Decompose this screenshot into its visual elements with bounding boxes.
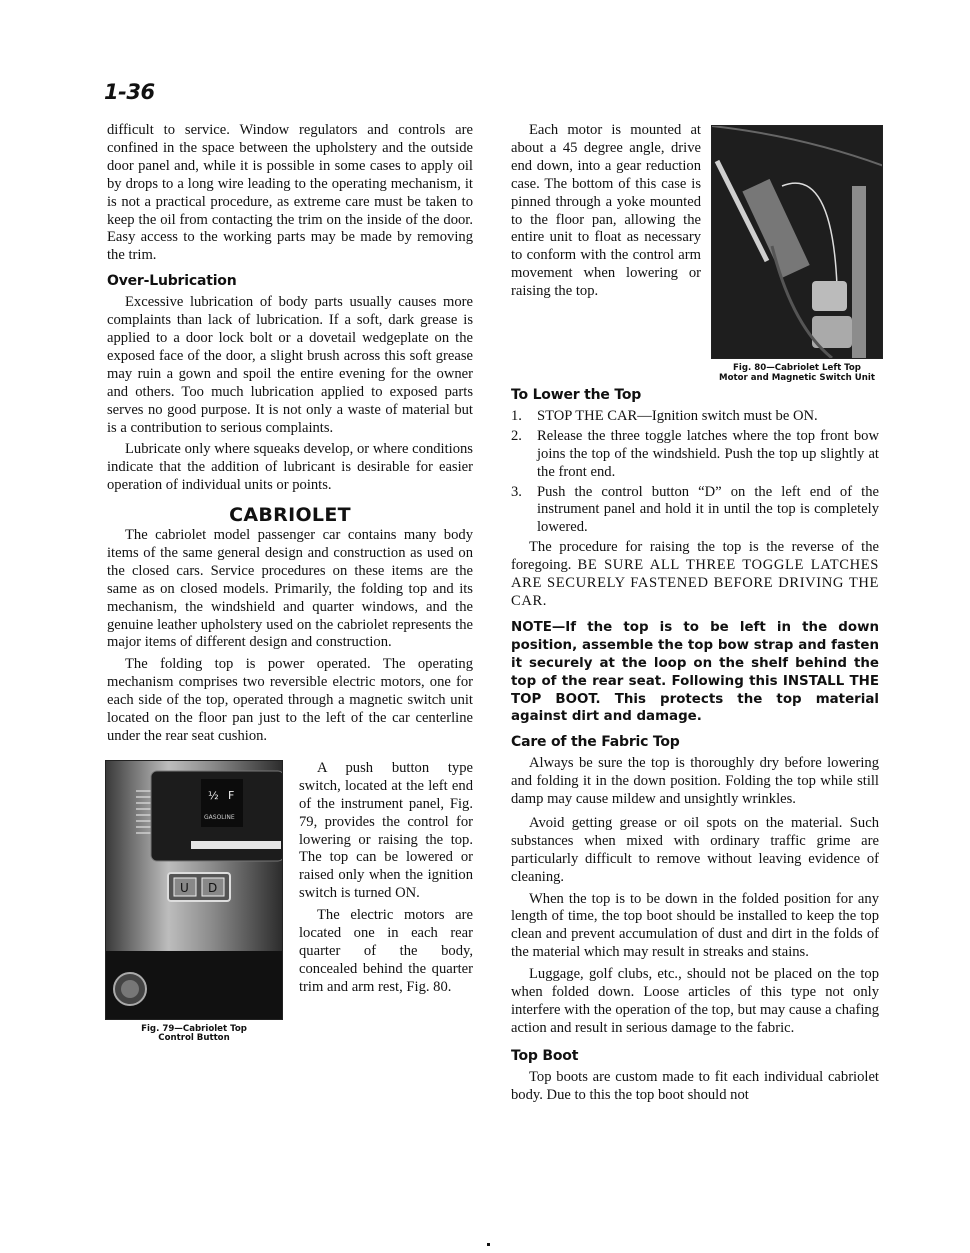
fabric-top-paragraph-4: Luggage, golf clubs, etc., should not be… bbox=[511, 966, 879, 1038]
figure-80-photo bbox=[711, 125, 883, 359]
lower-top-heading: To Lower the Top bbox=[511, 387, 879, 405]
button-up-label: U bbox=[180, 881, 189, 895]
step-2: 2.Release the three toggle latches where… bbox=[511, 428, 879, 482]
fabric-top-heading: Care of the Fabric Top bbox=[511, 734, 879, 752]
lower-top-steps: 1.STOP THE CAR—Ignition switch must be O… bbox=[511, 408, 879, 537]
cabriolet-heading: CABRIOLET bbox=[107, 507, 473, 525]
over-lubrication-paragraph-2: Lubricate only where squeaks develop, or… bbox=[107, 441, 473, 495]
dashboard-photo-illustration: ½ F GASOLINE U D bbox=[106, 761, 283, 1019]
note-paragraph: NOTE—If the top is to be left in the dow… bbox=[511, 619, 879, 726]
page-mark bbox=[487, 1243, 490, 1246]
motor-photo-illustration bbox=[712, 126, 883, 358]
fabric-top-paragraph-1: Always be sure the top is thoroughly dry… bbox=[511, 755, 879, 809]
right-column: Fig. 80—Cabriolet Left Top Motor and Mag… bbox=[511, 122, 879, 1109]
figure-79-photo: ½ F GASOLINE U D bbox=[105, 760, 283, 1020]
gauge-letter: F bbox=[228, 789, 234, 802]
button-down-label: D bbox=[208, 881, 217, 895]
figure-80-caption-line-2: Motor and Magnetic Switch Unit bbox=[711, 374, 883, 384]
left-column: difficult to service. Window regulators … bbox=[107, 122, 473, 1048]
raising-procedure-paragraph: The procedure for raising the top is the… bbox=[511, 539, 879, 611]
page-number: 1-36 bbox=[104, 80, 155, 104]
top-boot-heading: Top Boot bbox=[511, 1048, 879, 1066]
figure-79-caption: Fig. 79—Cabriolet Top Control Button bbox=[105, 1025, 283, 1044]
cabriolet-paragraph-2: The folding top is power operated. The o… bbox=[107, 656, 473, 746]
intro-paragraph: difficult to service. Window regulators … bbox=[107, 122, 473, 265]
gauge-fraction: ½ bbox=[208, 789, 219, 802]
top-boot-paragraph: Top boots are custom made to fit each in… bbox=[511, 1069, 879, 1105]
over-lubrication-heading: Over-Lubrication bbox=[107, 273, 473, 291]
over-lubrication-paragraph-1: Excessive lubrication of body parts usua… bbox=[107, 294, 473, 437]
fabric-top-paragraph-3: When the top is to be down in the folded… bbox=[511, 891, 879, 963]
step-1: 1.STOP THE CAR—Ignition switch must be O… bbox=[511, 408, 879, 426]
figure-79-caption-line-2: Control Button bbox=[105, 1034, 283, 1044]
fabric-top-paragraph-2: Avoid getting grease or oil spots on the… bbox=[511, 815, 879, 887]
figure-80-caption: Fig. 80—Cabriolet Left Top Motor and Mag… bbox=[711, 364, 883, 383]
cabriolet-paragraph-1: The cabriolet model passenger car contai… bbox=[107, 527, 473, 652]
gauge-label: GASOLINE bbox=[204, 814, 235, 821]
step-3: 3.Push the control button “D” on the lef… bbox=[511, 484, 879, 538]
figure-79: ½ F GASOLINE U D Fig. 79—Cabriolet Top C… bbox=[105, 760, 283, 1044]
figure-80: Fig. 80—Cabriolet Left Top Motor and Mag… bbox=[711, 125, 883, 383]
